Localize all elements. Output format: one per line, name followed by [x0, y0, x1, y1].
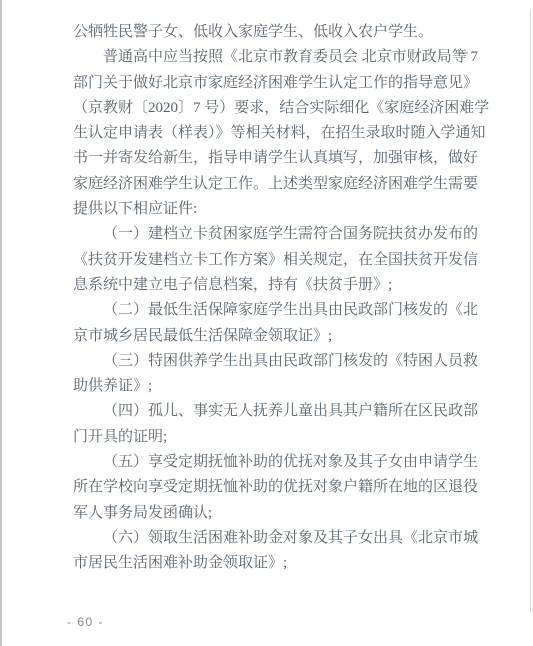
text-line: 生认定申请表（样表）》等相关材料，在招生录取时随入学通知 — [73, 121, 485, 146]
text-line: 市居民生活困难补助金领取证》; — [73, 551, 485, 576]
text-line: 门开具的证明; — [73, 425, 485, 450]
text-line: （一）建档立卡贫困家庭学生需符合国务院扶贫办发布的 — [73, 222, 485, 247]
text-line: 助供养证》; — [73, 374, 485, 399]
text-block: 公牺牲民警子女、低收入家庭学生、低收入农户学生。普通高中应当按照《北京市教育委员… — [73, 20, 485, 577]
text-line: 京市城乡居民最低生活保障金领取证》; — [73, 324, 485, 349]
scan-edge-left — [0, 0, 2, 646]
text-line: 家庭经济困难学生认定工作。上述类型家庭经济困难学生需要 — [73, 172, 485, 197]
text-line: 公牺牲民警子女、低收入家庭学生、低收入农户学生。 — [73, 20, 485, 45]
text-line: 《扶贫开发建档立卡工作方案》相关规定，在全国扶贫开发信 — [73, 248, 485, 273]
text-line: 普通高中应当按照《北京市教育委员会 北京市财政局等 7 — [73, 45, 485, 70]
text-line: （三）特困供养学生出具由民政部门核发的《特困人员救 — [73, 349, 485, 374]
page-number: - 60 - — [67, 614, 104, 630]
text-line: 军人事务局发函确认; — [73, 501, 485, 526]
text-line: 提供以下相应证件: — [73, 197, 485, 222]
text-line: 息系统中建立电子信息档案，持有《扶贫手册》; — [73, 273, 485, 298]
text-line: 所在学校向享受定期抚恤补助的优抚对象户籍所在地的区退役 — [73, 475, 485, 500]
text-line: 书一并寄发给新生，指导申请学生认真填写，加强审核，做好 — [73, 146, 485, 171]
text-line: （四）孤儿、事实无人抚养儿童出具其户籍所在区民政部 — [73, 399, 485, 424]
text-line: （二）最低生活保障家庭学生出具由民政部门核发的《北 — [73, 298, 485, 323]
scan-edge-right — [530, 10, 531, 612]
text-line: 部门关于做好北京市家庭经济困难学生认定工作的指导意见》 — [73, 71, 485, 96]
text-line: （五）享受定期抚恤补助的优抚对象及其子女由申请学生 — [73, 450, 485, 475]
text-line: （六）领取生活困难补助金对象及其子女出具《北京市城 — [73, 526, 485, 551]
document-page: 公牺牲民警子女、低收入家庭学生、低收入农户学生。普通高中应当按照《北京市教育委员… — [0, 0, 533, 646]
text-line: （京教财〔2020〕7 号）要求，结合实际细化《家庭经济困难学 — [73, 96, 485, 121]
